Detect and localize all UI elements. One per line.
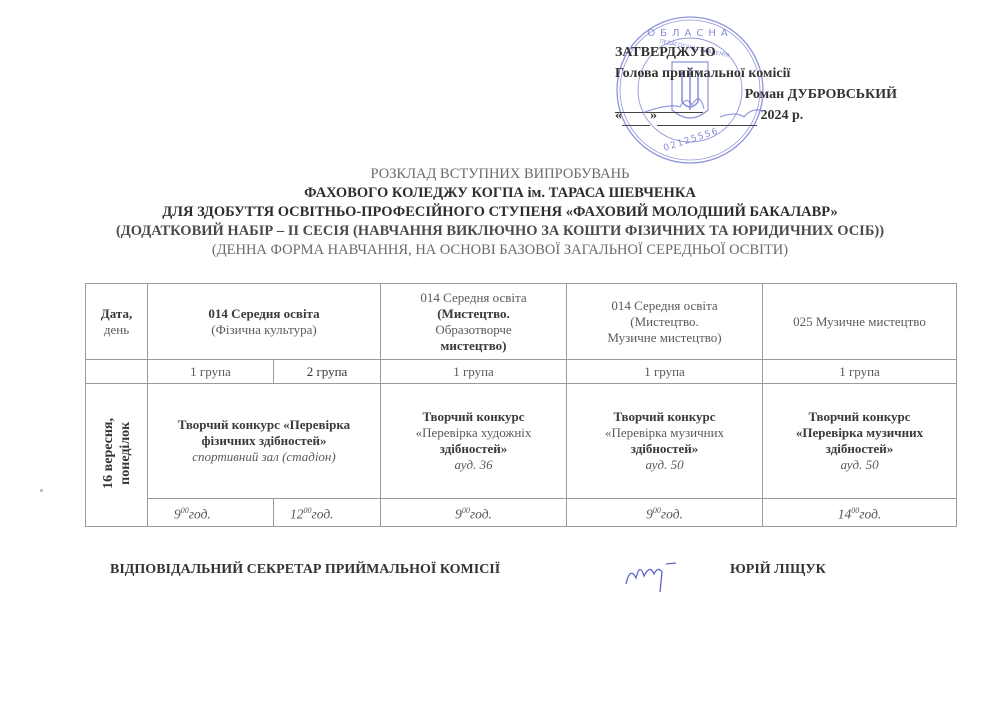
title-line-2: ФАХОВОГО КОЛЕДЖУ КОГПА ім. ТАРАСА ШЕВЧЕН… [40,184,960,203]
exam-title: Творчий конкурс «Перевірка [152,417,376,433]
approval-date: «» 2024 р. [615,105,905,126]
exam-cell-music-art: Творчий конкурс «Перевірка музичних здіб… [763,384,957,499]
approval-year: 2024 р. [761,108,804,123]
exam-room: ауд. 36 [385,457,562,473]
group-label: 1 група [567,360,763,384]
exam-title: Творчий конкурс [385,409,562,425]
specialty-detail: (Мистецтво. [385,306,562,322]
group-label: 1 група [763,360,957,384]
month-blank [657,111,757,126]
empty-cell [86,360,148,384]
date-header-cell: Дата, день [86,284,148,360]
group-label: 1 група [381,360,567,384]
time-cell: 900год. [567,499,763,527]
day-blank [622,111,650,126]
schedule-table: Дата, день 014 Середня освіта (Фізична к… [85,283,957,527]
day-weekday: понеділок [117,418,134,489]
approval-name: Роман ДУБРОВСЬКИЙ [615,84,905,105]
specialty-detail: (Фізична культура) [152,322,376,338]
date-open-quote: « [615,108,622,123]
approval-position: Голова приймальної комісії [615,63,905,84]
exam-title: здібностей» [385,441,562,457]
exam-title: здібностей» [571,441,758,457]
specialty-detail: мистецтво) [385,338,562,354]
date-close-quote: » [650,108,657,123]
exam-title: «Перевірка музичних [571,425,758,441]
exam-room: ауд. 50 [571,457,758,473]
scan-speck [40,489,43,492]
exam-room: спортивний зал (стадіон) [152,449,376,465]
day-header-label: день [90,322,143,338]
time-cell: 900год. [381,499,567,527]
exam-title: «Перевірка музичних [767,425,952,441]
exam-title: «Перевірка художніх [385,425,562,441]
title-line-1: РОЗКЛАД ВСТУПНИХ ВИПРОБУВАНЬ [40,165,960,184]
stamp-code: 02125556 [662,126,720,153]
exam-row: 16 вересня, понеділок Творчий конкурс «П… [86,384,957,499]
stamp-top-text: ОБЛАСНА [647,28,732,39]
group-label: 2 група [274,360,381,384]
time-row: 900год. 1200год. 900год. 900год. 1400год… [86,499,957,527]
approval-block: ЗАТВЕРДЖУЮ Голова приймальної комісії Ро… [615,42,905,126]
day-date: 16 вересня, [100,418,117,489]
specialty-name: 014 Середня освіта [385,290,562,306]
exam-cell-visual-art: Творчий конкурс «Перевірка художніх здіб… [381,384,567,499]
day-label: 16 вересня, понеділок [100,418,134,489]
date-header-label: Дата, [90,306,143,322]
specialty-detail: Музичне мистецтво) [571,330,758,346]
table-header-row: Дата, день 014 Середня освіта (Фізична к… [86,284,957,360]
document-title-block: РОЗКЛАД ВСТУПНИХ ВИПРОБУВАНЬ ФАХОВОГО КО… [40,165,960,260]
secretary-name: ЮРІЙ ЛІЩУК [730,562,826,578]
specialty-detail: Образотворче [385,322,562,338]
approval-heading: ЗАТВЕРДЖУЮ [615,42,905,63]
specialty-name: 014 Середня освіта [571,298,758,314]
exam-room: ауд. 50 [767,457,952,473]
exam-title: фізичних здібностей» [152,433,376,449]
group-row: 1 група 2 група 1 група 1 група 1 група [86,360,957,384]
secretary-role: ВІДПОВІДАЛЬНИЙ СЕКРЕТАР ПРИЙМАЛЬНОЇ КОМІ… [110,562,500,578]
time-cell: 900год. [148,499,274,527]
secretary-signature [622,552,697,597]
title-line-3: ДЛЯ ЗДОБУТТЯ ОСВІТНЬО-ПРОФЕСІЙНОГО СТУПЕ… [40,203,960,222]
specialty-detail: (Мистецтво. [571,314,758,330]
specialty-header-music-art: 025 Музичне мистецтво [763,284,957,360]
specialty-header-visual-art: 014 Середня освіта (Мистецтво. Образотво… [381,284,567,360]
time-cell: 1400год. [763,499,957,527]
day-cell: 16 вересня, понеділок [86,384,148,527]
specialty-name: 025 Музичне мистецтво [767,314,952,330]
exam-cell-phys-ed: Творчий конкурс «Перевірка фізичних здіб… [148,384,381,499]
title-line-4: (ДОДАТКОВИЙ НАБІР – ІІ СЕСІЯ (НАВЧАННЯ В… [40,222,960,241]
exam-cell-music-ed: Творчий конкурс «Перевірка музичних здіб… [567,384,763,499]
group-label: 1 група [148,360,274,384]
exam-title: Творчий конкурс [767,409,952,425]
title-line-5: (ДЕННА ФОРМА НАВЧАННЯ, НА ОСНОВІ БАЗОВОЇ… [40,241,960,260]
time-cell: 1200год. [274,499,381,527]
specialty-header-phys-ed: 014 Середня освіта (Фізична культура) [148,284,381,360]
exam-title: здібностей» [767,441,952,457]
specialty-header-music-ed: 014 Середня освіта (Мистецтво. Музичне м… [567,284,763,360]
specialty-name: 014 Середня освіта [152,306,376,322]
exam-title: Творчий конкурс [571,409,758,425]
